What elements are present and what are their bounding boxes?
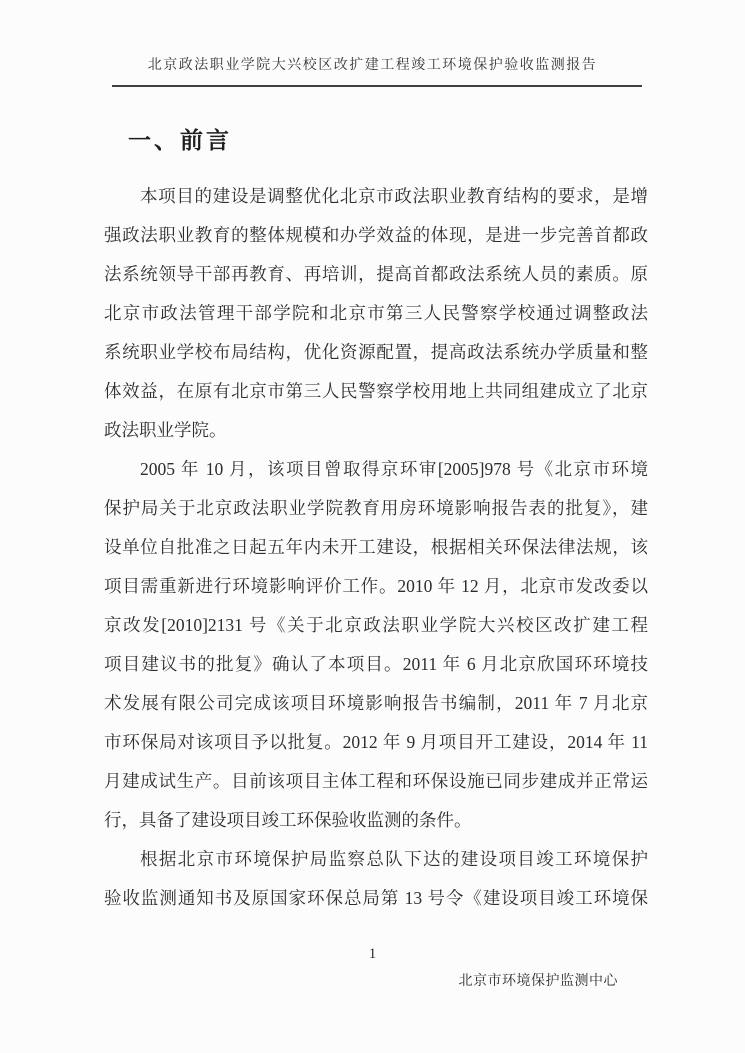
paragraph-line: 验收监测通知书及原国家环保总局第 13 号令《建设项目竣工环境保 xyxy=(104,879,648,918)
paragraph-line: 系统职业学校布局结构，优化资源配置，提高政法系统办学质量和整 xyxy=(104,333,648,372)
paragraph-line: 强政法职业教育的整体规模和办学效益的体现，是进一步完善首都政 xyxy=(104,216,648,255)
paragraph-line: 北京市政法管理干部学院和北京市第三人民警察学校通过调整政法 xyxy=(104,294,648,333)
paragraph-line: 设单位自批准之日起五年内未开工建设，根据相关环保法律法规，该 xyxy=(104,528,648,567)
paragraph-line: 行，具备了建设项目竣工环保验收监测的条件。 xyxy=(104,801,648,840)
header-divider-line xyxy=(112,85,642,87)
paragraph-line: 市环保局对该项目予以批复。2012 年 9 月项目开工建设，2014 年 11 xyxy=(104,723,648,762)
paragraph-line: 法系统领导干部再教育、再培训，提高首都政法系统人员的素质。原 xyxy=(104,255,648,294)
paragraph: 本项目的建设是调整优化北京市政法职业教育结构的要求，是增强政法职业教育的整体规模… xyxy=(104,177,648,450)
paragraph-line: 项目需重新进行环境影响评价工作。2010 年 12 月，北京市发改委以 xyxy=(104,567,648,606)
paragraph-line: 体效益，在原有北京市第三人民警察学校用地上共同组建成立了北京 xyxy=(104,372,648,411)
paragraph-line: 术发展有限公司完成该项目环境影响报告书编制，2011 年 7 月北京 xyxy=(104,684,648,723)
paragraph-line: 项目建议书的批复》确认了本项目。2011 年 6 月北京欣国环环境技 xyxy=(104,645,648,684)
paragraph-line: 政法职业学院。 xyxy=(104,411,648,450)
paragraph-line: 本项目的建设是调整优化北京市政法职业教育结构的要求，是增 xyxy=(104,177,648,216)
paragraph-line: 保护局关于北京政法职业学院教育用房环境影响报告表的批复》，建 xyxy=(104,489,648,528)
document-page: 北京政法职业学院大兴校区改扩建工程竣工环境保护验收监测报告 一、前言 本项目的建… xyxy=(0,0,745,1053)
paragraph: 根据北京市环境保护局监察总队下达的建设项目竣工环境保护验收监测通知书及原国家环保… xyxy=(104,840,648,918)
page-header-title: 北京政法职业学院大兴校区改扩建工程竣工环境保护验收监测报告 xyxy=(0,54,745,74)
paragraph-line: 2005 年 10 月，该项目曾取得京环审[2005]978 号《北京市环境 xyxy=(104,450,648,489)
page-number: 1 xyxy=(0,946,745,963)
paragraph-line: 京改发[2010]2131 号《关于北京政法职业学院大兴校区改扩建工程 xyxy=(104,606,648,645)
footer-organization: 北京市环境保护监测中心 xyxy=(459,970,619,990)
section-title: 一、前言 xyxy=(128,122,232,155)
document-body: 本项目的建设是调整优化北京市政法职业教育结构的要求，是增强政法职业教育的整体规模… xyxy=(104,177,648,918)
paragraph-line: 根据北京市环境保护局监察总队下达的建设项目竣工环境保护 xyxy=(104,840,648,879)
paragraph-line: 月建成试生产。目前该项目主体工程和环保设施已同步建成并正常运 xyxy=(104,762,648,801)
paragraph: 2005 年 10 月，该项目曾取得京环审[2005]978 号《北京市环境保护… xyxy=(104,450,648,840)
